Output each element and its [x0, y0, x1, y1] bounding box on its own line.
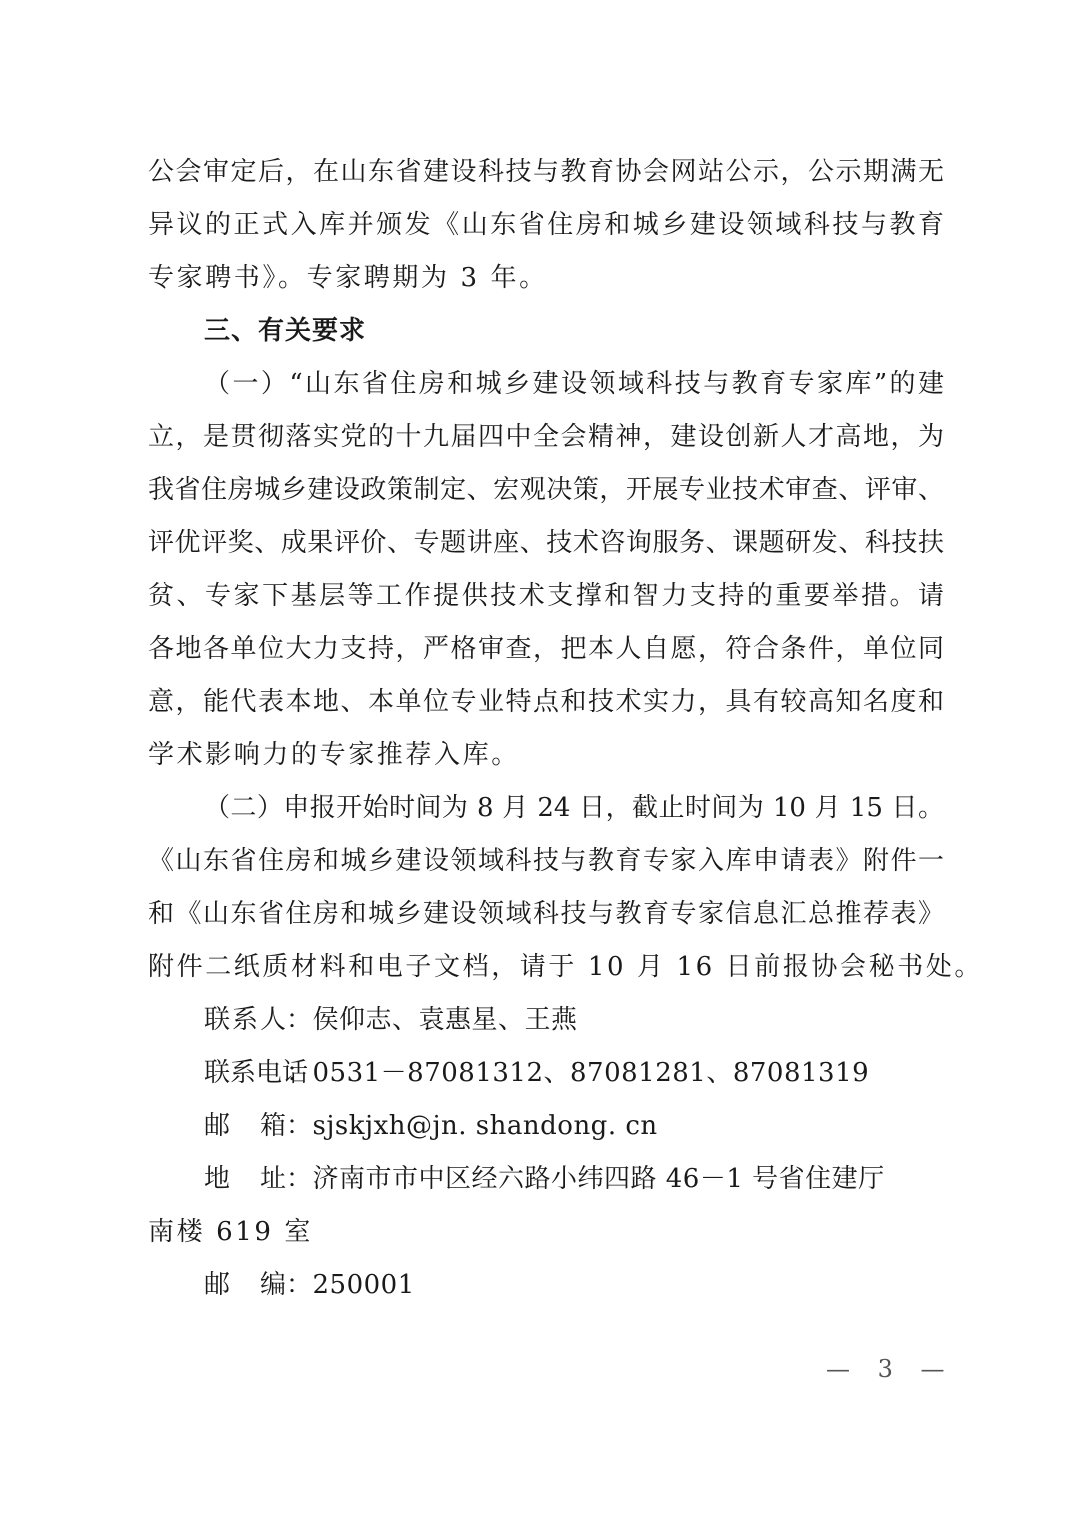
contact-person-row: 联系人 ：侯仰志、袁惠星、王燕 — [148, 994, 944, 1047]
contact-postcode-value: ：250001 — [286, 1259, 415, 1312]
paragraph-line: 贫、专家下基层等工作提供技术支撑和智力支持的重要举措。请 — [148, 570, 944, 623]
paragraph-line: （一）“山东省住房和城乡建设领域科技与教育专家库”的建 — [148, 358, 944, 411]
contact-email-value[interactable]: ：sjskjxh@jn. shandong. cn — [286, 1100, 658, 1153]
paragraph-line: 评优评奖、成果评价、专题讲座、技术咨询服务、课题研发、科技扶 — [148, 517, 944, 570]
page-number: — 3 — — [826, 1355, 955, 1383]
contact-postcode-row: 邮编 ：250001 — [148, 1259, 944, 1312]
contact-address-label: 地址 — [204, 1153, 286, 1206]
paragraph-line: 公会审定后，在山东省建设科技与教育协会网站公示，公示期满无 — [148, 146, 944, 199]
paragraph-line: 《山东省住房和城乡建设领域科技与教育专家入库申请表》附件一 — [148, 835, 944, 888]
contact-person-label: 联系人 — [204, 994, 286, 1047]
paragraph-line: 立，是贯彻落实党的十九届四中全会精神，建设创新人才高地，为 — [148, 411, 944, 464]
contact-phone-value: ：0531－87081312、87081281、87081319 — [286, 1047, 869, 1100]
contact-phone-row: 联系电话 ：0531－87081312、87081281、87081319 — [148, 1047, 944, 1100]
paragraph-line: 附件二纸质材料和电子文档，请于 10 月 16 日前报协会秘书处。 — [148, 941, 944, 994]
contact-email-label: 邮箱 — [204, 1100, 286, 1153]
paragraph-line: （二）申报开始时间为 8 月 24 日，截止时间为 10 月 15 日。 — [148, 782, 944, 835]
paragraph-line: 我省住房城乡建设政策制定、宏观决策，开展专业技术审查、评审、 — [148, 464, 944, 517]
paragraph-line: 学术影响力的专家推荐入库。 — [148, 729, 944, 782]
contact-postcode-label: 邮编 — [204, 1259, 286, 1312]
contact-address-value: ：济南市市中区经六路小纬四路 46－1 号省住建厅 — [286, 1153, 885, 1206]
document-page: 公会审定后，在山东省建设科技与教育协会网站公示，公示期满无 异议的正式入库并颁发… — [148, 146, 944, 1312]
paragraph-line: 异议的正式入库并颁发《山东省住房和城乡建设领域科技与教育 — [148, 199, 944, 252]
contact-address-row: 地址 ：济南市市中区经六路小纬四路 46－1 号省住建厅 — [148, 1153, 944, 1206]
section-heading: 三、有关要求 — [148, 305, 944, 358]
paragraph-line: 意，能代表本地、本单位专业特点和技术实力，具有较高知名度和 — [148, 676, 944, 729]
paragraph-line: 专家聘书》。专家聘期为 3 年。 — [148, 252, 944, 305]
contact-email-row: 邮箱 ：sjskjxh@jn. shandong. cn — [148, 1100, 944, 1153]
paragraph-line: 和《山东省住房和城乡建设领域科技与教育专家信息汇总推荐表》 — [148, 888, 944, 941]
contact-phone-label: 联系电话 — [204, 1047, 286, 1100]
contact-person-value: ：侯仰志、袁惠星、王燕 — [286, 994, 578, 1047]
paragraph-line: 各地各单位大力支持，严格审查，把本人自愿，符合条件，单位同 — [148, 623, 944, 676]
contact-address-continued: 南楼 619 室 — [148, 1206, 944, 1259]
